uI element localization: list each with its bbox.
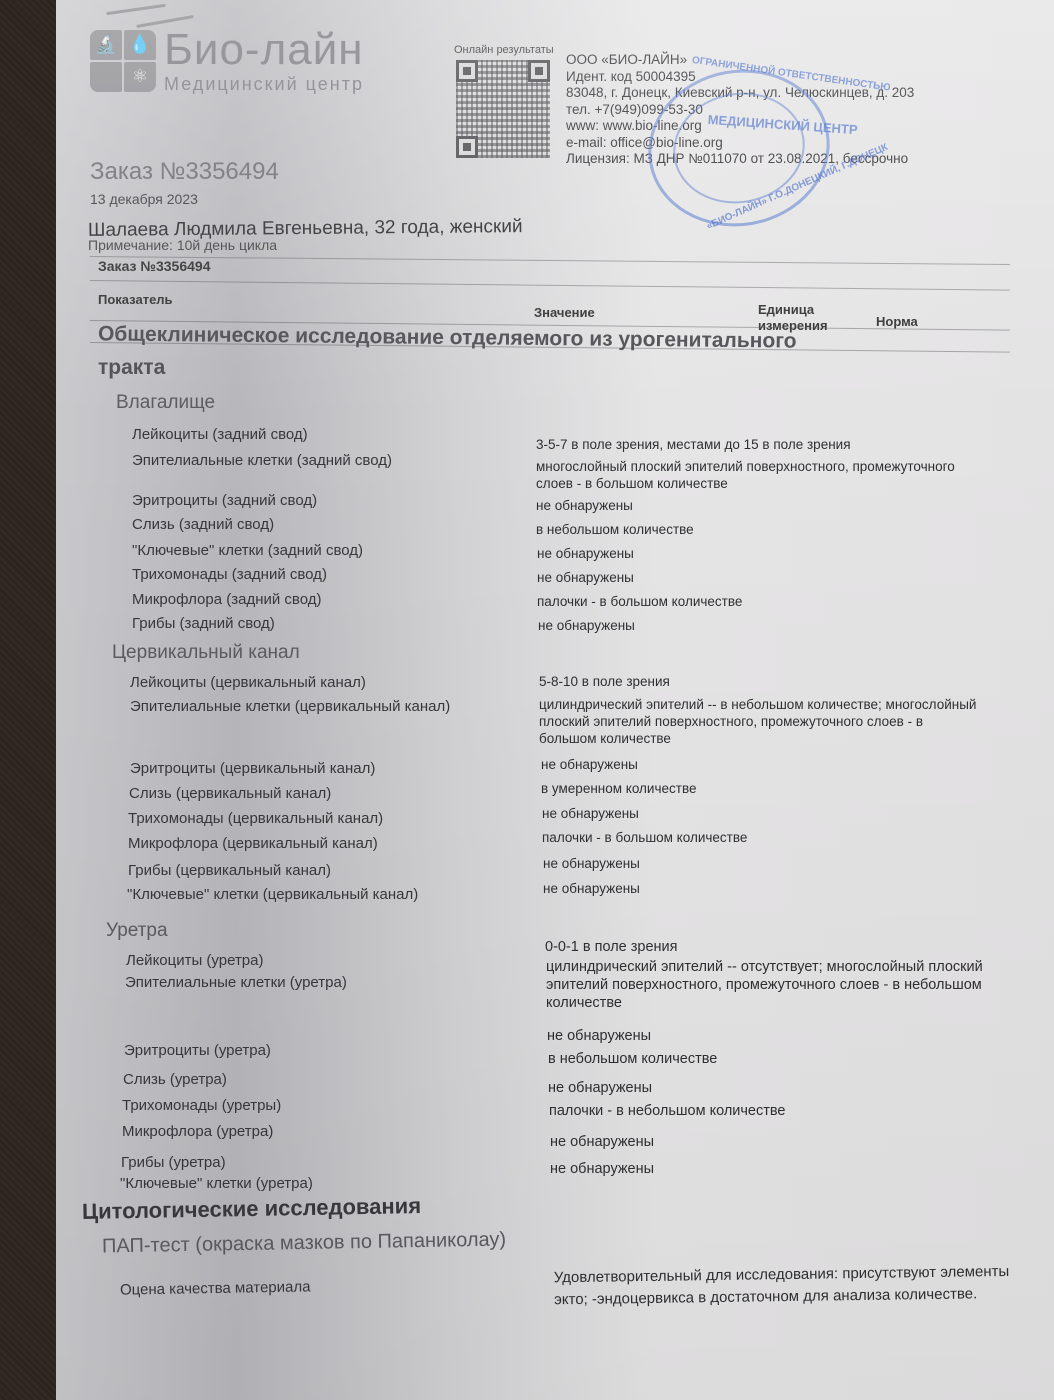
qr-label: Онлайн результаты bbox=[454, 44, 554, 56]
group-title: Уретра bbox=[106, 920, 168, 942]
result-name: Лейкоциты (задний свод) bbox=[132, 426, 308, 443]
result-value: не обнаружены bbox=[537, 569, 977, 586]
column-header-indicator: Показатель bbox=[98, 292, 173, 307]
result-value: Удовлетворительный для исследования: при… bbox=[554, 1261, 1025, 1312]
result-value: не обнаружены bbox=[537, 545, 977, 562]
clinic-logo: 🔬 💧 ⚛ Био-лайн Медицинский центр bbox=[90, 28, 364, 95]
result-value: 5-8-10 в поле зрения bbox=[539, 673, 979, 690]
result-name: Лейкоциты (уретра) bbox=[126, 952, 264, 969]
result-name: Слизь (уретра) bbox=[123, 1071, 227, 1088]
result-name: Эпителиальные клетки (задний свод) bbox=[132, 452, 392, 469]
order-date: 13 декабря 2023 bbox=[90, 191, 198, 207]
result-value: палочки - в большом количестве bbox=[537, 593, 977, 610]
result-name: Грибы (задний свод) bbox=[132, 615, 275, 632]
result-value: 3-5-7 в поле зрения, местами до 15 в пол… bbox=[536, 436, 976, 453]
result-name: Грибы (уретра) bbox=[121, 1154, 226, 1171]
logo-title: Био-лайн bbox=[164, 28, 364, 72]
result-name: Микрофлора (цервикальный канал) bbox=[128, 835, 378, 852]
result-name: Трихомонады (задний свод) bbox=[132, 566, 327, 583]
result-name: Эритроциты (цервикальный канал) bbox=[130, 760, 375, 777]
group-title: Влагалище bbox=[116, 392, 215, 414]
staple bbox=[106, 4, 166, 15]
group-title: Цервикальный канал bbox=[112, 642, 300, 664]
result-name: "Ключевые" клетки (уретра) bbox=[120, 1175, 313, 1192]
pap-test-title: ПАП-тест (окраска мазков по Папаниколау) bbox=[102, 1228, 506, 1258]
result-value: не обнаружены bbox=[547, 1027, 987, 1045]
result-value: не обнаружены bbox=[550, 1133, 990, 1151]
section-title-cont: тракта bbox=[98, 356, 165, 380]
result-name: Лейкоциты (цервикальный канал) bbox=[130, 674, 366, 691]
result-value: не обнаружены bbox=[542, 805, 982, 822]
lab-report-page: 🔬 💧 ⚛ Био-лайн Медицинский центр Онлайн … bbox=[56, 0, 1054, 1400]
result-value: в небольшом количестве bbox=[536, 521, 976, 538]
result-name: Эритроциты (уретра) bbox=[124, 1042, 271, 1059]
result-name: Микрофлора (задний свод) bbox=[132, 591, 322, 608]
result-value: цилиндрический эпителий -- отсутствует; … bbox=[546, 958, 986, 1012]
result-value: палочки - в большом количестве bbox=[542, 829, 982, 846]
result-name: Грибы (цервикальный канал) bbox=[128, 862, 331, 879]
result-name: Трихомонады (цервикальный канал) bbox=[128, 810, 383, 827]
result-value: палочки - в небольшом количестве bbox=[549, 1102, 989, 1120]
drop-icon: 💧 bbox=[124, 30, 156, 60]
logo-mark: 🔬 💧 ⚛ bbox=[90, 30, 156, 94]
divider bbox=[90, 280, 1010, 291]
result-name: "Ключевые" клетки (задний свод) bbox=[132, 542, 363, 559]
result-name: Трихомонады (уретры) bbox=[122, 1097, 281, 1114]
cytology-title: Цитологические исследования bbox=[82, 1193, 421, 1225]
result-value: многослойный плоский эпителий поверхност… bbox=[536, 458, 976, 492]
result-value: 0-0-1 в поле зрения bbox=[545, 938, 985, 956]
result-name: Слизь (цервикальный канал) bbox=[129, 785, 331, 802]
result-name: Эритроциты (задний свод) bbox=[132, 492, 317, 509]
microscope-icon: 🔬 bbox=[90, 30, 122, 60]
result-value: цилиндрический эпителий -- в небольшом к… bbox=[539, 696, 979, 747]
stamp-bottom-text: «БИО-ЛАЙН» Г.О.ДОНЕЦКИЙ, Г.ДОНЕЦК bbox=[705, 142, 890, 232]
order-title: Заказ №3356494 bbox=[90, 158, 279, 186]
result-value: не обнаружены bbox=[538, 617, 978, 634]
result-value: не обнаружены bbox=[543, 855, 983, 872]
column-header-value: Значение bbox=[534, 305, 595, 320]
result-value: в умеренном количестве bbox=[541, 780, 981, 797]
result-value: не обнаружены bbox=[536, 497, 976, 514]
result-value: не обнаружены bbox=[548, 1079, 988, 1097]
result-name: "Ключевые" клетки (цервикальный канал) bbox=[127, 886, 418, 903]
divider bbox=[90, 256, 1010, 265]
result-name: Эпителиальные клетки (уретра) bbox=[125, 974, 347, 991]
result-name: Оцена качества материала bbox=[120, 1278, 311, 1298]
result-name: Слизь (задний свод) bbox=[132, 516, 274, 533]
result-value: не обнаружены bbox=[541, 756, 981, 773]
blank-quadrant bbox=[90, 62, 122, 92]
result-value: не обнаружены bbox=[550, 1160, 990, 1178]
qr-code-icon[interactable] bbox=[456, 60, 550, 158]
logo-subtitle: Медицинский центр bbox=[164, 74, 364, 95]
column-header-norm: Норма bbox=[876, 314, 918, 329]
result-value: в небольшом количестве bbox=[548, 1050, 988, 1068]
result-name: Эпителиальные клетки (цервикальный канал… bbox=[130, 698, 450, 715]
result-value: не обнаружены bbox=[543, 880, 983, 897]
molecule-icon: ⚛ bbox=[124, 62, 156, 92]
order-note: Примечание: 10й день цикла bbox=[88, 237, 277, 253]
order-subtitle: Заказ №3356494 bbox=[98, 258, 210, 274]
result-name: Микрофлора (уретра) bbox=[122, 1123, 273, 1140]
